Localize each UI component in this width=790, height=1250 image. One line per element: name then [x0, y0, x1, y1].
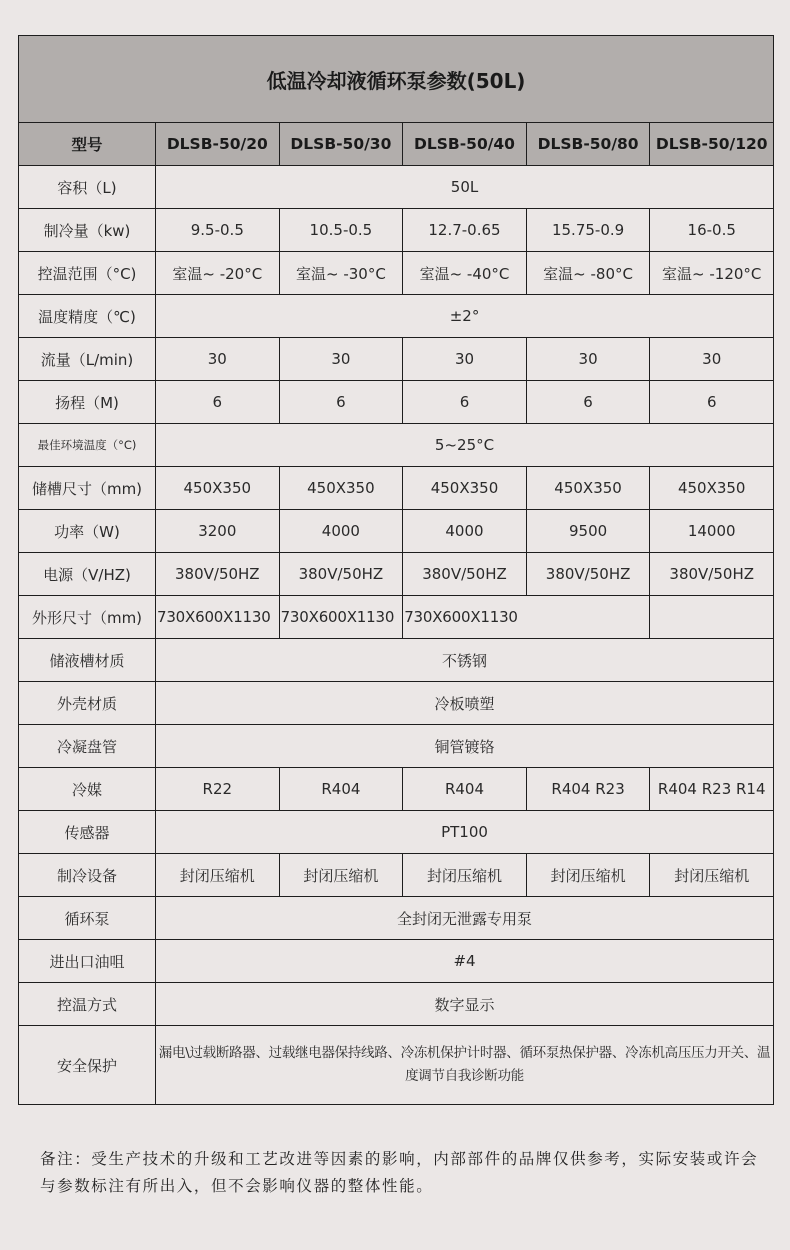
cell-value: 450X350: [279, 467, 403, 510]
row-label: 电源（V/HZ): [19, 553, 156, 596]
cell-value: 380V/50HZ: [156, 553, 280, 596]
row-label: 储槽尺寸（mm): [19, 467, 156, 510]
cell-value: 730X600X1130: [403, 596, 650, 639]
cell-value: 30: [279, 338, 403, 381]
cell-value: 450X350: [403, 467, 527, 510]
model-header: DLSB-50/30: [279, 123, 403, 166]
row-compressor: 制冷设备 封闭压缩机 封闭压缩机 封闭压缩机 封闭压缩机 封闭压缩机: [19, 854, 774, 897]
cell-value: 6: [156, 381, 280, 424]
model-header: DLSB-50/40: [403, 123, 527, 166]
row-value: 不锈钢: [156, 639, 774, 682]
cell-value: 15.75-0.9: [526, 209, 650, 252]
cell-value: 30: [403, 338, 527, 381]
row-label: 扬程（M): [19, 381, 156, 424]
cell-value: 6: [650, 381, 774, 424]
row-pump: 循环泵 全封闭无泄露专用泵: [19, 897, 774, 940]
disclaimer-note: 备注：受生产技术的升级和工艺改进等因素的影响，内部部件的品牌仅供参考，实际安装或…: [40, 1146, 760, 1200]
row-value: 漏电\过载断路器、过载继电器保持线路、冷冻机保护计时器、循环泵热保护器、冷冻机高…: [156, 1026, 774, 1105]
table-title: 低温冷却液循环泵参数(50L): [19, 36, 774, 123]
row-label: 储液槽材质: [19, 639, 156, 682]
row-capacity: 容积（L) 50L: [19, 166, 774, 209]
row-label: 安全保护: [19, 1026, 156, 1105]
row-value: 5~25°C: [156, 424, 774, 467]
row-label: 温度精度（℃): [19, 295, 156, 338]
row-value: 全封闭无泄露专用泵: [156, 897, 774, 940]
cell-value: 室温~ -20°C: [156, 252, 280, 295]
row-port-thread: 进出口油咀 #4: [19, 940, 774, 983]
row-control: 控温方式 数字显示: [19, 983, 774, 1026]
cell-value: 450X350: [526, 467, 650, 510]
cell-value: 730X600X1130: [156, 596, 280, 639]
cell-value: 450X350: [650, 467, 774, 510]
row-dimensions: 外形尺寸（mm) 730X600X1130 730X600X1130 730X6…: [19, 596, 774, 639]
cell-value: 封闭压缩机: [526, 854, 650, 897]
row-value: 数字显示: [156, 983, 774, 1026]
cell-value: 封闭压缩机: [156, 854, 280, 897]
row-label: 制冷量（kw): [19, 209, 156, 252]
row-value: 铜管镀铬: [156, 725, 774, 768]
row-label: 循环泵: [19, 897, 156, 940]
cell-value: 10.5-0.5: [279, 209, 403, 252]
cell-value: 6: [403, 381, 527, 424]
row-tank-material: 储液槽材质 不锈钢: [19, 639, 774, 682]
row-label: 冷媒: [19, 768, 156, 811]
model-label: 型号: [19, 123, 156, 166]
title-row: 低温冷却液循环泵参数(50L): [19, 36, 774, 123]
model-header: DLSB-50/20: [156, 123, 280, 166]
row-value: #4: [156, 940, 774, 983]
row-value: PT100: [156, 811, 774, 854]
row-label: 控温方式: [19, 983, 156, 1026]
row-head: 扬程（M) 6 6 6 6 6: [19, 381, 774, 424]
cell-value: 封闭压缩机: [403, 854, 527, 897]
cell-value: 30: [650, 338, 774, 381]
row-label: 外形尺寸（mm): [19, 596, 156, 639]
cell-value: 6: [279, 381, 403, 424]
row-flow: 流量（L/min) 30 30 30 30 30: [19, 338, 774, 381]
row-shell-material: 外壳材质 冷板喷塑: [19, 682, 774, 725]
cell-value: R404: [403, 768, 527, 811]
cell-value: 30: [526, 338, 650, 381]
row-tank-size: 储槽尺寸（mm) 450X350 450X350 450X350 450X350…: [19, 467, 774, 510]
row-refrigerant: 冷媒 R22 R404 R404 R404 R23 R404 R23 R14: [19, 768, 774, 811]
row-supply: 电源（V/HZ) 380V/50HZ 380V/50HZ 380V/50HZ 3…: [19, 553, 774, 596]
row-temp-precision: 温度精度（℃) ±2°: [19, 295, 774, 338]
cell-value: 380V/50HZ: [526, 553, 650, 596]
row-safety: 安全保护 漏电\过载断路器、过载继电器保持线路、冷冻机保护计时器、循环泵热保护器…: [19, 1026, 774, 1105]
cell-value: 4000: [279, 510, 403, 553]
row-condenser: 冷凝盘管 铜管镀铬: [19, 725, 774, 768]
cell-value: 9500: [526, 510, 650, 553]
cell-value: [650, 596, 774, 639]
cell-value: 380V/50HZ: [650, 553, 774, 596]
cell-value: 450X350: [156, 467, 280, 510]
row-label: 流量（L/min): [19, 338, 156, 381]
row-value: ±2°: [156, 295, 774, 338]
row-ambient: 最佳环境温度（°C) 5~25°C: [19, 424, 774, 467]
cell-value: 380V/50HZ: [403, 553, 527, 596]
cell-value: R22: [156, 768, 280, 811]
model-header: DLSB-50/80: [526, 123, 650, 166]
cell-value: 封闭压缩机: [279, 854, 403, 897]
row-sensor: 传感器 PT100: [19, 811, 774, 854]
row-label: 制冷设备: [19, 854, 156, 897]
row-label: 外壳材质: [19, 682, 156, 725]
row-value: 冷板喷塑: [156, 682, 774, 725]
cell-value: 4000: [403, 510, 527, 553]
cell-value: 室温~ -30°C: [279, 252, 403, 295]
cell-value: 12.7-0.65: [403, 209, 527, 252]
row-label: 传感器: [19, 811, 156, 854]
row-label: 冷凝盘管: [19, 725, 156, 768]
row-label: 控温范围（°C): [19, 252, 156, 295]
cell-value: 室温~ -80°C: [526, 252, 650, 295]
cell-value: 6: [526, 381, 650, 424]
row-temp-range: 控温范围（°C) 室温~ -20°C 室温~ -30°C 室温~ -40°C 室…: [19, 252, 774, 295]
model-header: DLSB-50/120: [650, 123, 774, 166]
cell-value: R404: [279, 768, 403, 811]
row-cooling: 制冷量（kw) 9.5-0.5 10.5-0.5 12.7-0.65 15.75…: [19, 209, 774, 252]
cell-value: 30: [156, 338, 280, 381]
spec-table: 低温冷却液循环泵参数(50L) 型号 DLSB-50/20 DLSB-50/30…: [18, 35, 774, 1105]
row-label: 最佳环境温度（°C): [19, 424, 156, 467]
row-label: 进出口油咀: [19, 940, 156, 983]
row-power: 功率（W) 3200 4000 4000 9500 14000: [19, 510, 774, 553]
cell-value: 室温~ -120°C: [650, 252, 774, 295]
cell-value: 室温~ -40°C: [403, 252, 527, 295]
cell-value: R404 R23: [526, 768, 650, 811]
cell-value: 9.5-0.5: [156, 209, 280, 252]
cell-value: 14000: [650, 510, 774, 553]
cell-value: 16-0.5: [650, 209, 774, 252]
cell-value: R404 R23 R14: [650, 768, 774, 811]
header-row: 型号 DLSB-50/20 DLSB-50/30 DLSB-50/40 DLSB…: [19, 123, 774, 166]
row-label: 容积（L): [19, 166, 156, 209]
cell-value: 3200: [156, 510, 280, 553]
row-label: 功率（W): [19, 510, 156, 553]
cell-value: 封闭压缩机: [650, 854, 774, 897]
cell-value: 730X600X1130: [279, 596, 403, 639]
cell-value: 380V/50HZ: [279, 553, 403, 596]
row-value: 50L: [156, 166, 774, 209]
